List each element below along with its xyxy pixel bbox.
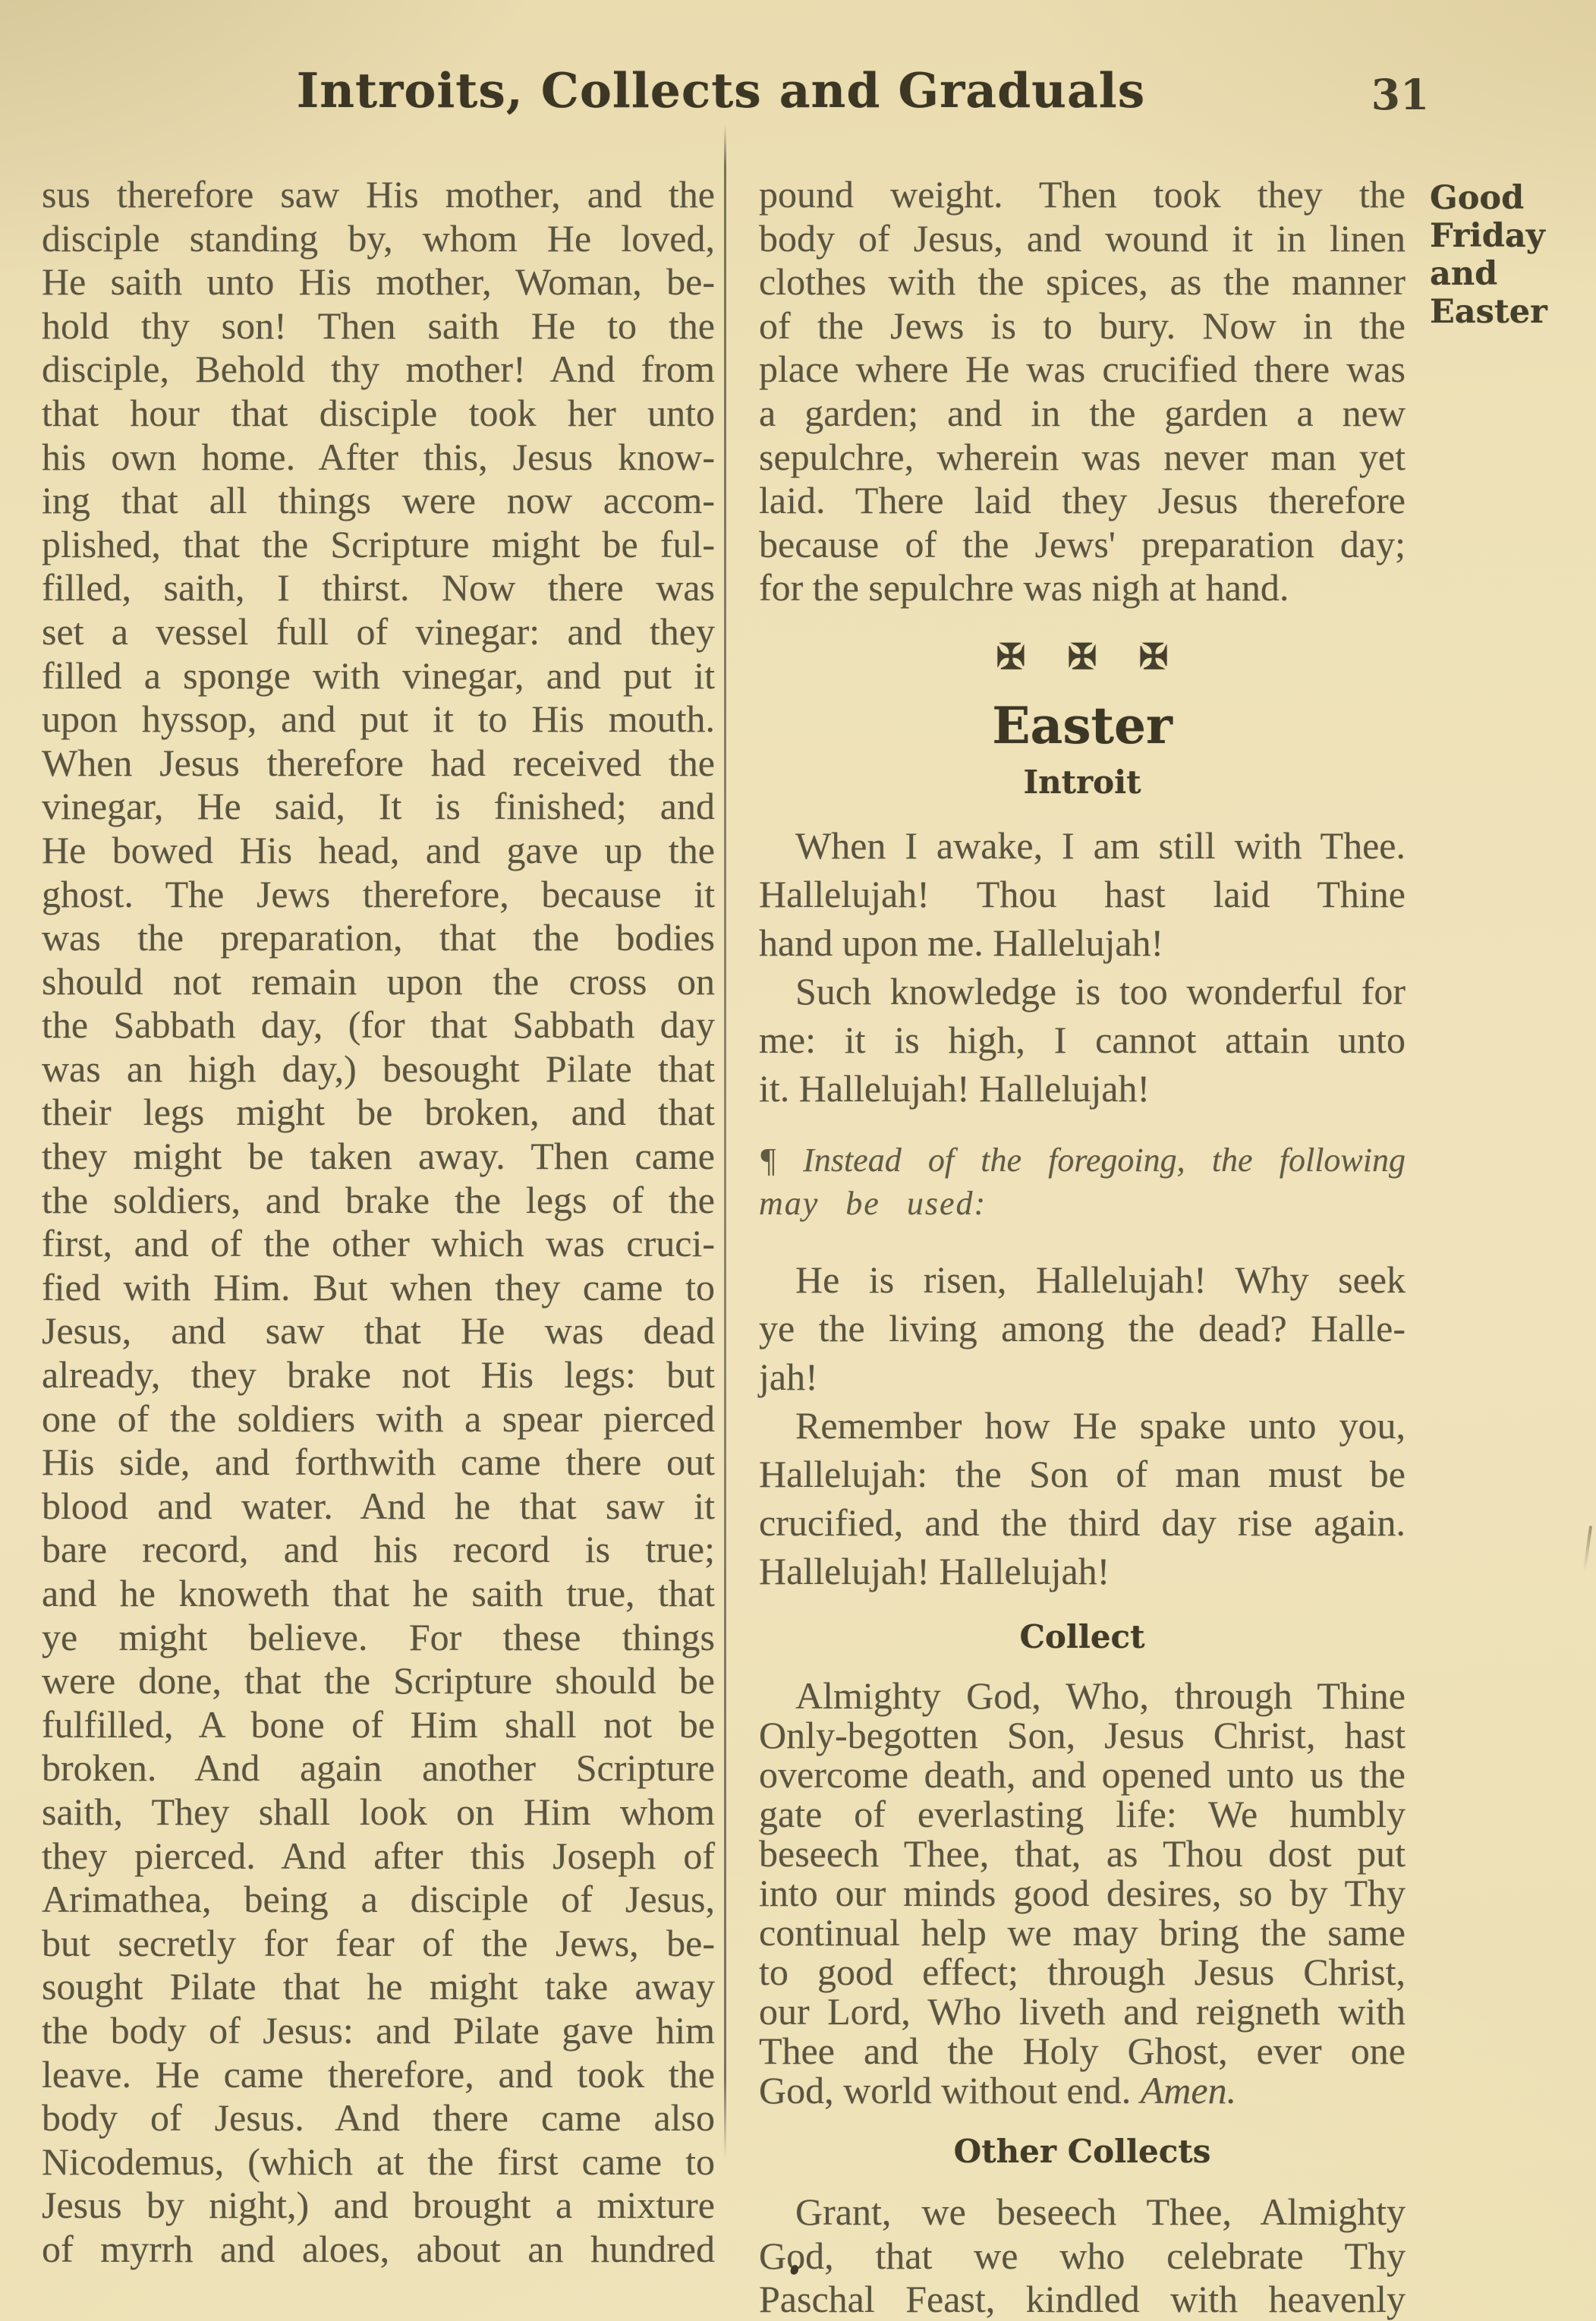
margin-note-line: and bbox=[1430, 255, 1593, 293]
text-line: for the sepulchre was nigh at hand. bbox=[759, 566, 1406, 610]
text-line: saith, They shall look on Him whom bbox=[42, 1790, 715, 1834]
right-text-column: pound weight. Then took they thebody of … bbox=[759, 173, 1406, 2321]
text-line: ye might believe. For these things bbox=[42, 1616, 715, 1660]
text-line: and he knoweth that he saith true, that bbox=[42, 1572, 715, 1616]
text-line: blood and water. And he that saw it bbox=[42, 1485, 715, 1529]
text-line: body of Jesus. And there came also bbox=[42, 2096, 715, 2140]
text-line: Jesus by night,) and brought a mixture bbox=[42, 2184, 715, 2228]
text-line: Grant, we beseech Thee, Almighty bbox=[759, 2190, 1406, 2234]
text-line: He is risen, Hallelujah! Why seek bbox=[759, 1255, 1406, 1304]
text-line: crucified, and the third day rise again. bbox=[759, 1498, 1406, 1547]
text-line: sepulchre, wherein was never man yet bbox=[759, 436, 1406, 480]
text-line: He bowed His head, and gave up the bbox=[42, 829, 715, 873]
text-line: the body of Jesus: and Pilate gave him bbox=[42, 2009, 715, 2053]
text-line: Jesus, and saw that He was dead bbox=[42, 1309, 715, 1353]
text-line: may be used: bbox=[759, 1182, 1406, 1225]
text-line: was the preparation, that the bodies bbox=[42, 916, 715, 960]
text-line: it. Hallelujah! Hallelujah! bbox=[759, 1064, 1406, 1113]
text-line: should not remain upon the cross on bbox=[42, 960, 715, 1004]
text-line: his own home. After this, Jesus know- bbox=[42, 436, 715, 480]
text-line: that hour that disciple took her unto bbox=[42, 392, 715, 436]
other-collects-heading: Other Collects bbox=[759, 2133, 1406, 2171]
text-line: because of the Jews' preparation day; bbox=[759, 523, 1406, 567]
text-line: the soldiers, and brake the legs of the bbox=[42, 1179, 715, 1223]
text-line: were done, that the Scripture should be bbox=[42, 1659, 715, 1703]
page-edge-mark-artifact bbox=[1583, 1526, 1592, 1571]
text-line: first, and of the other which was cruci- bbox=[42, 1222, 715, 1266]
text-line: fied with Him. But when they came to bbox=[42, 1266, 715, 1310]
text-line: to good effect; through Jesus Christ, bbox=[759, 1952, 1406, 1992]
text-line: a garden; and in the garden a new bbox=[759, 392, 1406, 436]
easter-collect: Almighty God, Who, through ThineOnly-beg… bbox=[759, 1676, 1406, 2110]
text-line: Hallelujah! Hallelujah! bbox=[759, 1547, 1406, 1595]
text-line: leave. He came therefore, and took the bbox=[42, 2053, 715, 2097]
alternate-introit-verse-1: He is risen, Hallelujah! Why seekye the … bbox=[759, 1255, 1406, 1401]
text-line: Only-begotten Son, Jesus Christ, hast bbox=[759, 1715, 1406, 1755]
text-line: body of Jesus, and wound it in linen bbox=[759, 217, 1406, 261]
text-line: clothes with the spices, as the manner bbox=[759, 260, 1406, 304]
triple-cross-ornament: ✠ ✠ ✠ bbox=[759, 636, 1406, 679]
text-line: our Lord, Who liveth and reigneth with bbox=[759, 1992, 1406, 2031]
text-line: of the Jews is to bury. Now in the bbox=[759, 304, 1406, 348]
text-line: bare record, and his record is true; bbox=[42, 1528, 715, 1572]
good-friday-gospel-continuation: pound weight. Then took they thebody of … bbox=[759, 173, 1406, 610]
text-line: ghost. The Jews therefore, because it bbox=[42, 873, 715, 917]
other-collect-first: Grant, we beseech Thee, AlmightyGod, tha… bbox=[759, 2190, 1406, 2321]
text-line: Remember how He spake unto you, bbox=[759, 1401, 1406, 1450]
text-line: sus therefore saw His mother, and the bbox=[42, 173, 715, 217]
margin-note-line: Friday bbox=[1430, 217, 1593, 255]
text-line: one of the soldiers with a spear pierced bbox=[42, 1397, 715, 1441]
text-line: gate of everlasting life: We humbly bbox=[759, 1794, 1406, 1834]
text-line: but secretly for fear of the Jews, be- bbox=[42, 1922, 715, 1966]
text-line: was an high day,) besought Pilate that bbox=[42, 1047, 715, 1091]
text-line: sought Pilate that he might take away bbox=[42, 1965, 715, 2009]
introit-heading: Introit bbox=[759, 764, 1406, 801]
rubric-instead-of-foregoing: ¶ Instead of the foregoing, the followin… bbox=[759, 1138, 1406, 1225]
text-line: Hallelujah! Thou hast laid Thine bbox=[759, 870, 1406, 918]
margin-note-line: Easter bbox=[1430, 293, 1593, 331]
text-line: Paschal Feast, kindled with heavenly bbox=[759, 2278, 1406, 2321]
page-number: 31 bbox=[1358, 70, 1442, 119]
text-line: ye the living among the dead? Halle- bbox=[759, 1304, 1406, 1353]
text-line: set a vessel full of vinegar: and they bbox=[42, 610, 715, 654]
text-line: Nicodemus, (which at the first came to bbox=[42, 2140, 715, 2184]
book-page-scan: Introits, Collects and Graduals 31 sus t… bbox=[0, 0, 1596, 2321]
introit-verse-1: When I awake, I am still with Thee.Halle… bbox=[759, 821, 1406, 967]
text-line: When I awake, I am still with Thee. bbox=[759, 821, 1406, 870]
text-line: He saith unto His mother, Woman, be- bbox=[42, 260, 715, 304]
text-line: into our minds good desires, so by Thy bbox=[759, 1873, 1406, 1913]
amen-italic: Amen. bbox=[1141, 2069, 1236, 2112]
text-line: God, that we who celebrate Thy bbox=[759, 2234, 1406, 2278]
running-header-title: Introits, Collects and Graduals bbox=[266, 64, 1176, 117]
text-line: me: it is high, I cannot attain unto bbox=[759, 1016, 1406, 1064]
text-line: His side, and forthwith came there out bbox=[42, 1441, 715, 1485]
text-line: God, world without end. Amen. bbox=[759, 2071, 1406, 2110]
column-divider-rule bbox=[724, 125, 726, 2159]
easter-section-heading: Easter bbox=[759, 697, 1406, 754]
text-line: disciple, Behold thy mother! And from bbox=[42, 348, 715, 392]
text-line: pound weight. Then took they the bbox=[759, 173, 1406, 217]
text-line: broken. And again another Scripture bbox=[42, 1746, 715, 1790]
text-line: vinegar, He said, It is finished; and bbox=[42, 785, 715, 829]
text-line: Such knowledge is too wonderful for bbox=[759, 967, 1406, 1016]
alternate-introit-verse-2: Remember how He spake unto you,Halleluja… bbox=[759, 1401, 1406, 1595]
text-line: beseech Thee, that, as Thou dost put bbox=[759, 1834, 1406, 1873]
collect-heading: Collect bbox=[759, 1618, 1406, 1656]
margin-note-good-friday-and-easter: GoodFridayandEaster bbox=[1430, 179, 1593, 331]
text-line: fulfilled, A bone of Him shall not be bbox=[42, 1703, 715, 1747]
text-line: plished, that the Scripture might be ful… bbox=[42, 523, 715, 567]
text-line: Almighty God, Who, through Thine bbox=[759, 1676, 1406, 1715]
margin-note-line: Good bbox=[1430, 179, 1593, 217]
left-text-column: sus therefore saw His mother, and thedis… bbox=[42, 173, 715, 2272]
text-line: place where He was crucified there was bbox=[759, 348, 1406, 392]
text-line: Hallelujah: the Son of man must be bbox=[759, 1450, 1406, 1498]
text-line: already, they brake not His legs: but bbox=[42, 1353, 715, 1397]
text-line: hold thy son! Then saith He to the bbox=[42, 304, 715, 348]
text-line: Arimathea, being a disciple of Jesus, bbox=[42, 1878, 715, 1922]
text-line: jah! bbox=[759, 1353, 1406, 1401]
text-line: Thee and the Holy Ghost, ever one bbox=[759, 2031, 1406, 2071]
text-line: the Sabbath day, (for that Sabbath day bbox=[42, 1003, 715, 1047]
text-line: disciple standing by, whom He loved, bbox=[42, 217, 715, 261]
text-line: continual help we may bring the same bbox=[759, 1913, 1406, 1952]
text-line: filled a sponge with vinegar, and put it bbox=[42, 654, 715, 698]
text-line: of myrrh and aloes, about an hundred bbox=[42, 2228, 715, 2272]
text-line: hand upon me. Hallelujah! bbox=[759, 918, 1406, 967]
text-line: ing that all things were now accom- bbox=[42, 479, 715, 523]
text-line: overcome death, and opened unto us the bbox=[759, 1755, 1406, 1794]
text-line: laid. There laid they Jesus therefore bbox=[759, 479, 1406, 523]
text-line: their legs might be broken, and that bbox=[42, 1091, 715, 1135]
introit-verse-2: Such knowledge is too wonderful forme: i… bbox=[759, 967, 1406, 1113]
text-line: upon hyssop, and put it to His mouth. bbox=[42, 698, 715, 742]
text-line: they might be taken away. Then came bbox=[42, 1135, 715, 1179]
text-line: ¶ Instead of the foregoing, the followin… bbox=[759, 1138, 1406, 1182]
text-line: they pierced. And after this Joseph of bbox=[42, 1834, 715, 1879]
text-line: filled, saith, I thirst. Now there was bbox=[42, 566, 715, 610]
text-line: When Jesus therefore had received the bbox=[42, 742, 715, 786]
